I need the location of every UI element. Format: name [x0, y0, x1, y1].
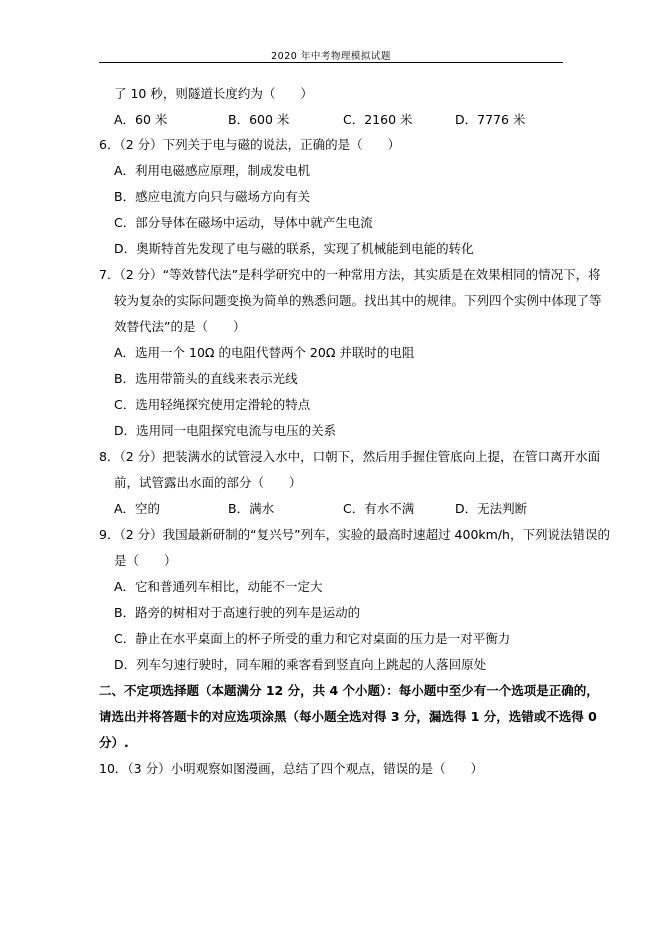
q8-option-b: B．满水	[228, 501, 274, 517]
q7-stem-line-1: 7．（2 分）“等效替代法”是科学研究中的一种常用方法，其实质是在效果相同的情况…	[99, 267, 601, 283]
q5-option-c: C．2160 米	[343, 112, 413, 128]
header-divider	[99, 62, 563, 63]
q6-stem: 6．（2 分）下列关于电与磁的说法，正确的是（ ）	[99, 137, 400, 153]
q6-option-b: B．感应电流方向只与磁场方向有关	[114, 189, 310, 205]
q7-option-c: C．选用轻绳探究使用定滑轮的特点	[114, 397, 310, 413]
q10-stem: 10．（3 分）小明观察如图漫画，总结了四个观点，错误的是（ ）	[99, 761, 483, 777]
q7-stem-line-3: 效替代法”的是（ ）	[114, 319, 245, 335]
q8-stem-line-1: 8．（2 分）把装满水的试管浸入水中，口朝下，然后用手握住管底向上提，在管口离开…	[99, 449, 600, 465]
q7-option-a: A．选用一个 10Ω 的电阻代替两个 20Ω 并联时的电阻	[114, 345, 414, 361]
section2-heading-line-2: 请选出并将答题卡的对应选项涂黑（每小题全选对得 3 分，漏选得 1 分，选错或不…	[99, 709, 597, 725]
q8-option-d: D．无法判断	[455, 501, 527, 517]
q9-option-d: D．列车匀速行驶时，同车厢的乘客看到竖直向上跳起的人落回原处	[114, 657, 486, 673]
q5-options-row: A．60 米 B．600 米 C．2160 米 D．7776 米	[0, 112, 661, 128]
page-header-title: 2020 年中考物理模拟试题	[99, 48, 563, 62]
q9-option-a: A．它和普通列车相比，动能不一定大	[114, 579, 323, 595]
q6-option-c: C．部分导体在磁场中运动，导体中就产生电流	[114, 215, 373, 231]
q5-option-b: B．600 米	[228, 112, 289, 128]
q9-option-b: B．路旁的树相对于高速行驶的列车是运动的	[114, 605, 360, 621]
q8-options-row: A．空的 B．满水 C．有水不满 D．无法判断	[0, 501, 661, 517]
q5-option-a: A．60 米	[114, 112, 167, 128]
q5-continuation: 了 10 秒，则隧道长度约为（ ）	[114, 86, 313, 102]
q6-option-a: A．利用电磁感应原理，制成发电机	[114, 163, 310, 179]
q8-option-a: A．空的	[114, 501, 160, 517]
q6-option-d: D．奥斯特首先发现了电与磁的联系，实现了机械能到电能的转化	[114, 241, 474, 257]
q9-stem-line-2: 是（ ）	[114, 553, 177, 569]
q9-option-c: C．静止在水平桌面上的杯子所受的重力和它对桌面的压力是一对平衡力	[114, 631, 510, 647]
q5-option-d: D．7776 米	[455, 112, 525, 128]
q7-option-b: B．选用带箭头的直线来表示光线	[114, 371, 298, 387]
section2-heading-line-1: 二、不定项选择题（本题满分 12 分，共 4 个小题）：每小题中至少有一个选项是…	[99, 683, 599, 699]
q9-stem-line-1: 9．（2 分）我国最新研制的“复兴号”列车，实验的最高时速超过 400km/h，…	[99, 527, 610, 543]
q7-option-d: D．选用同一电阻探究电流与电压的关系	[114, 423, 336, 439]
q8-option-c: C．有水不满	[343, 501, 414, 517]
q7-stem-line-2: 较为复杂的实际问题变换为简单的熟悉问题。找出其中的规律。下列四个实例中体现了等	[114, 293, 602, 309]
section2-heading-line-3: 分）.	[99, 735, 129, 751]
q8-stem-line-2: 前，试管露出水面的部分（ ）	[114, 475, 302, 491]
